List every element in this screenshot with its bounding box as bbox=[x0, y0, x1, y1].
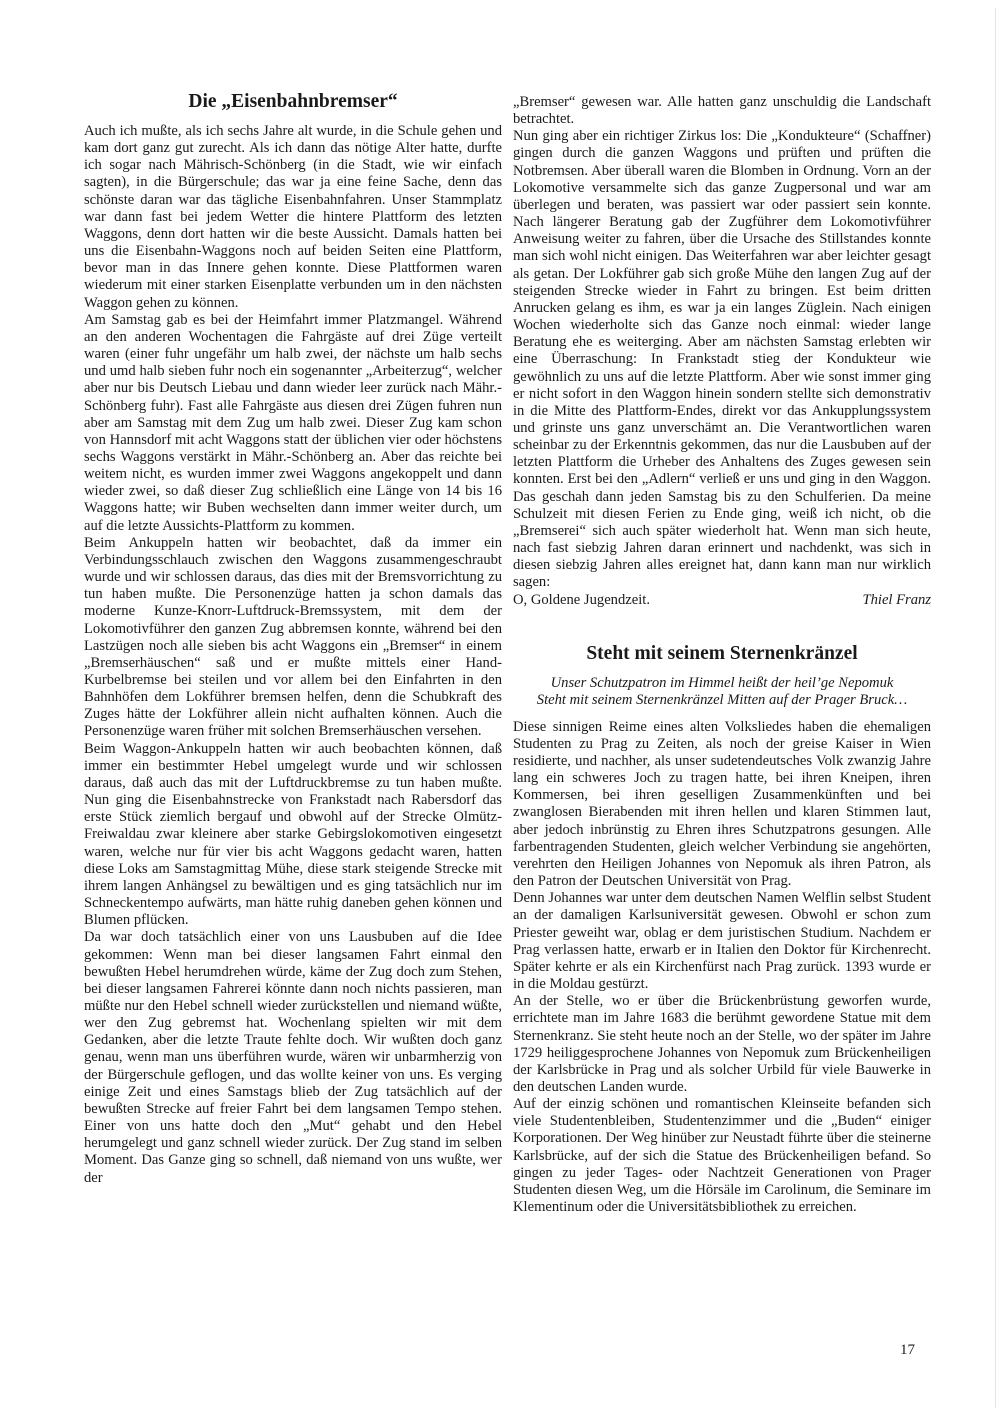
left-column: Die „Eisenbahnbremser“ Auch ich mußte, a… bbox=[84, 91, 502, 1187]
paragraph: „Bremser“ gewesen war. Alle hatten ganz … bbox=[513, 94, 931, 128]
article-sternenkraenzel: Steht mit seinem Sternenkränzel Unser Sc… bbox=[513, 643, 931, 1217]
article-title-sternenkraenzel: Steht mit seinem Sternenkränzel bbox=[513, 643, 931, 665]
paragraph: Auch ich mußte, als ich sechs Jahre alt … bbox=[84, 123, 502, 312]
epigraph-line: Steht mit seinem Sternenkränzel Mitten a… bbox=[513, 692, 931, 710]
paragraph: Beim Ankuppeln hatten wir beobachtet, da… bbox=[84, 535, 502, 741]
page-number: 17 bbox=[900, 1342, 915, 1359]
paragraph: Diese sinnigen Reime eines alten Volksli… bbox=[513, 719, 931, 891]
paragraph: Da war doch tatsächlich einer von uns La… bbox=[84, 929, 502, 1186]
paragraph: An der Stelle, wo er über die Brückenbrü… bbox=[513, 993, 931, 1096]
article-title-eisenbahnbremser: Die „Eisenbahnbremser“ bbox=[84, 91, 502, 113]
right-column: „Bremser“ gewesen war. Alle hatten ganz … bbox=[513, 94, 931, 1216]
author-signature: Thiel Franz bbox=[862, 592, 931, 609]
closing-text: O, Goldene Jugendzeit. bbox=[513, 592, 650, 609]
paragraph: Denn Johannes war unter dem deutschen Na… bbox=[513, 890, 931, 993]
scan-edge-line bbox=[995, 8, 996, 1408]
paragraph: Nun ging aber ein richtiger Zirkus los: … bbox=[513, 128, 931, 591]
article-epigraph: Unser Schutzpatron im Himmel heißt der h… bbox=[513, 675, 931, 710]
closing-line: O, Goldene Jugendzeit. Thiel Franz bbox=[513, 592, 931, 609]
epigraph-line: Unser Schutzpatron im Himmel heißt der h… bbox=[513, 675, 931, 693]
paragraph: Am Samstag gab es bei der Heimfahrt imme… bbox=[84, 312, 502, 535]
paragraph: Auf der einzig schönen und romantischen … bbox=[513, 1096, 931, 1216]
paragraph: Beim Waggon-Ankuppeln hatten wir auch be… bbox=[84, 741, 502, 930]
